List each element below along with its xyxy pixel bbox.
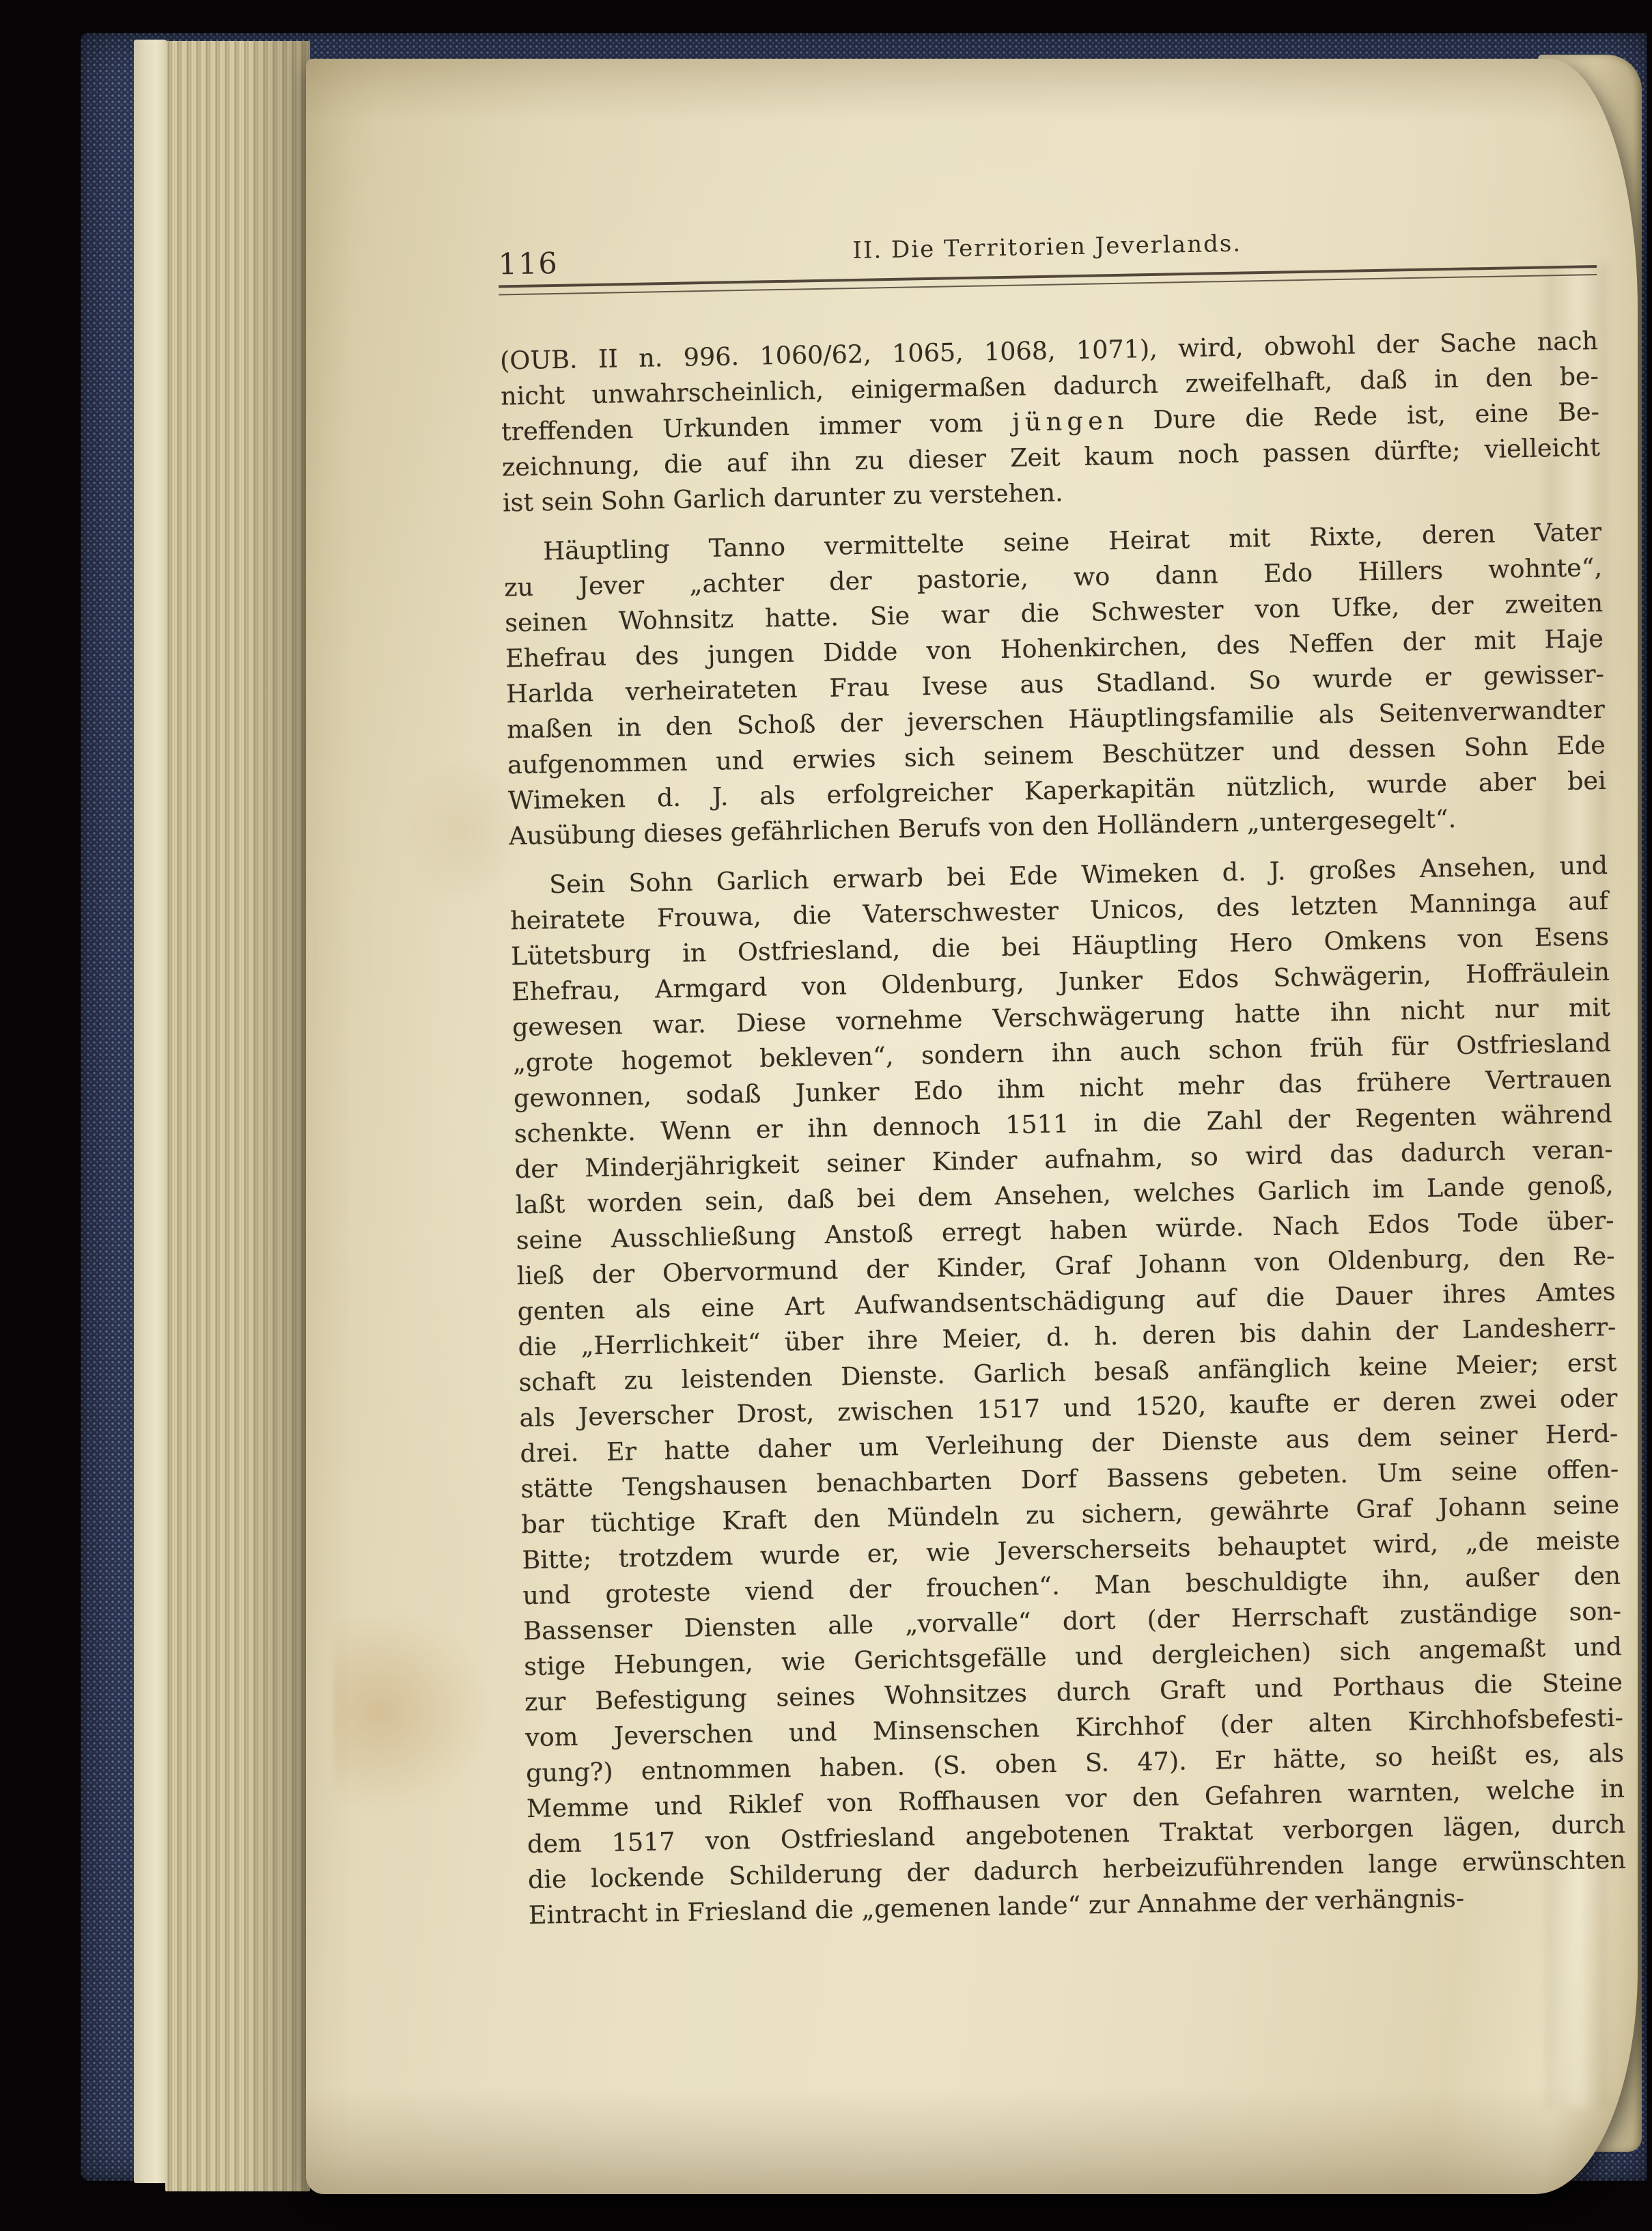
- paragraph: Sein Sohn Garlich erwarb bei Ede Wimeken…: [509, 848, 1627, 1933]
- page-stack-edges: [165, 41, 310, 2191]
- endpaper-strip: [134, 40, 167, 2183]
- printed-content: 116 II. Die Territorien Jeverlands. (OUB…: [306, 59, 1638, 2194]
- book-page: 116 II. Die Territorien Jeverlands. (OUB…: [306, 59, 1638, 2194]
- text-block: (OUB. II n. 996. 1060/62, 1065, 1068, 10…: [500, 323, 1627, 1933]
- paragraph: Häuptling Tanno vermittelte seine Heirat…: [503, 514, 1607, 854]
- photo-background: 116 II. Die Territorien Jeverlands. (OUB…: [0, 0, 1652, 2231]
- running-head: II. Die Territorien Jeverlands.: [498, 223, 1596, 271]
- paragraph: (OUB. II n. 996. 1060/62, 1065, 1068, 10…: [500, 323, 1601, 521]
